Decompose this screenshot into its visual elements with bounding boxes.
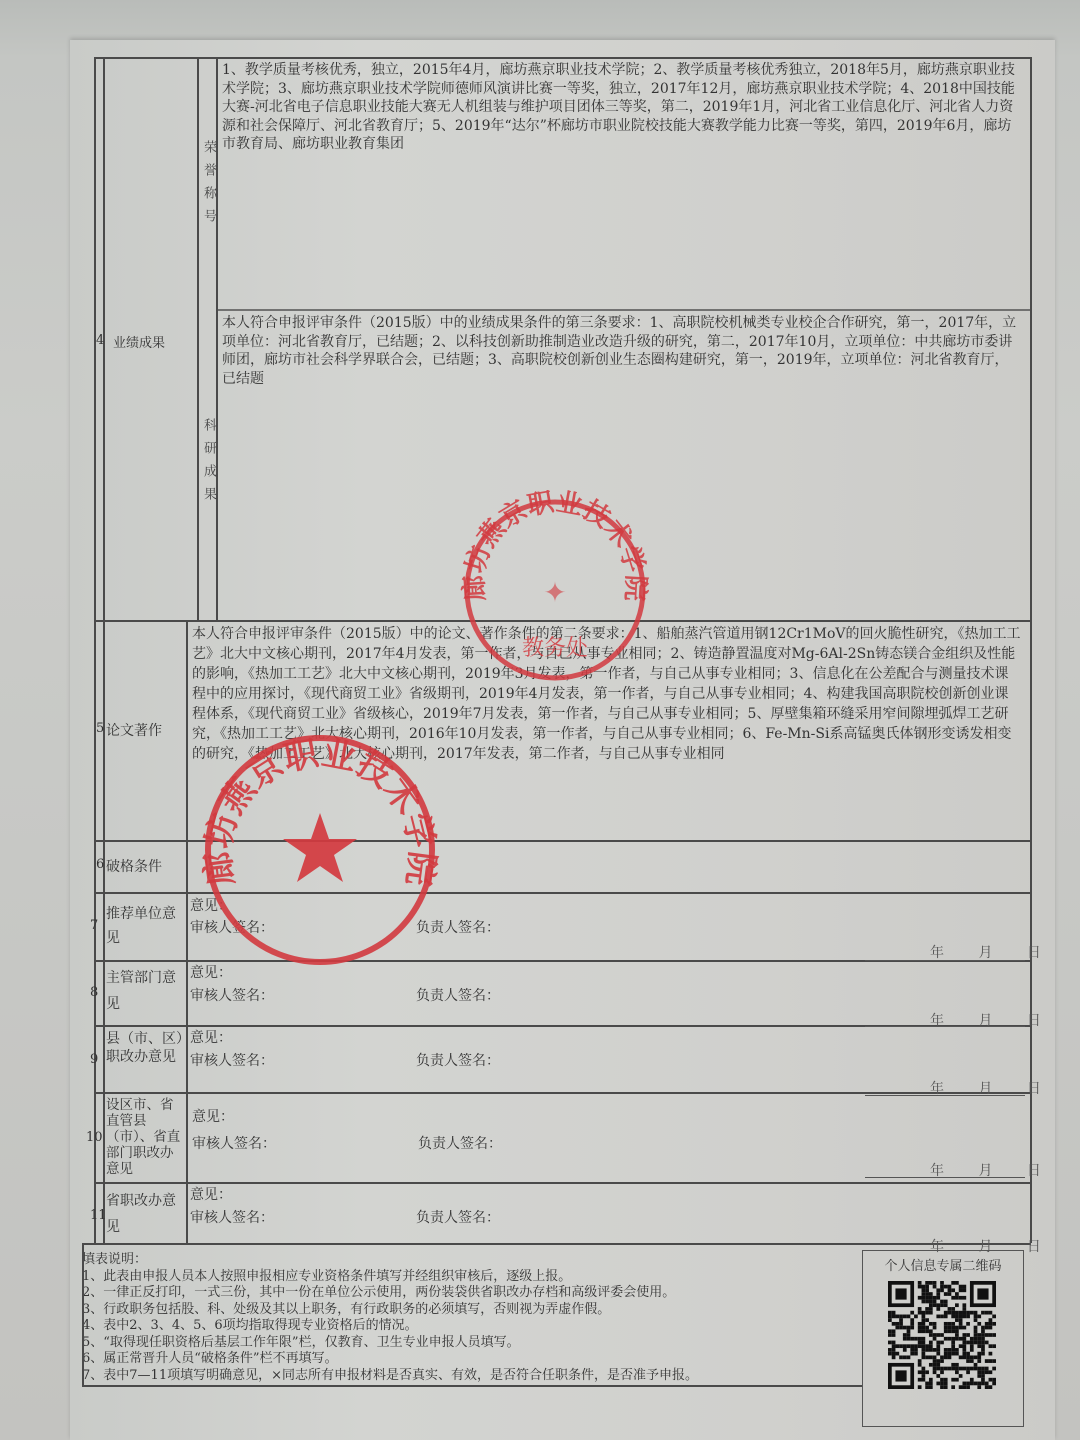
notes-title: 填表说明： bbox=[82, 1252, 862, 1269]
honors-research-divider bbox=[216, 309, 1030, 311]
note-item: 1、此表由申报人员本人按照申报相应专业资格条件填写并经组织审核后，逐级上报。 bbox=[82, 1269, 862, 1286]
note-item: 7、表中7—11项填写明确意见，×同志所有申报材料是否真实、有效，是否符合任职条… bbox=[82, 1368, 862, 1385]
qr-code-icon[interactable] bbox=[888, 1281, 996, 1389]
row6-label: 破格条件 bbox=[106, 856, 162, 876]
row7-date-field[interactable]: 年 月 日 bbox=[930, 942, 1041, 962]
row11-reviewer-signature-field[interactable]: 审核人签名： bbox=[190, 1207, 274, 1227]
honors-sublabel: 荣誉称号 bbox=[199, 140, 218, 232]
row8-leader-signature-field[interactable]: 负责人签名： bbox=[416, 985, 500, 1005]
row10-reviewer-signature-field[interactable]: 审核人签名： bbox=[192, 1133, 276, 1153]
row7-reviewer-signature-field[interactable]: 审核人签名： bbox=[190, 917, 274, 937]
notes-bottom-border bbox=[82, 1385, 862, 1387]
qr-code-title: 个人信息专属二维码 bbox=[863, 1255, 1023, 1274]
note-item: 2、一律正反打印，一式三份，其中一份在单位公示使用，两份装袋供省职改办存档和高级… bbox=[82, 1285, 862, 1302]
row10-leader-signature-field[interactable]: 负责人签名： bbox=[418, 1133, 502, 1153]
row7-leader-signature-field[interactable]: 负责人签名： bbox=[416, 917, 500, 937]
row4-bottom bbox=[94, 620, 1031, 622]
notes-left-border bbox=[82, 1243, 84, 1386]
row5-bottom bbox=[94, 840, 1031, 842]
note-item: 5、“取得现任职资格后基层工作年限”栏，仅教育、卫生专业申报人员填写。 bbox=[82, 1335, 862, 1352]
papers-content: 本人符合申报评审条件（2015版）中的论文、著作条件的第二条要求：1、船舶蒸汽管… bbox=[192, 624, 1022, 764]
row6-bottom bbox=[94, 892, 1031, 894]
row8-number: 8 bbox=[90, 985, 98, 1000]
row9-opinion-label: 意见： bbox=[190, 1027, 232, 1047]
row10-date-underline bbox=[865, 1177, 1025, 1178]
row7-label: 推荐单位意见 bbox=[106, 902, 176, 950]
row7-date-underline bbox=[865, 960, 1025, 961]
research-sublabel: 科研成果 bbox=[199, 418, 218, 510]
row9-reviewer-signature-field[interactable]: 审核人签名： bbox=[190, 1050, 274, 1070]
table-bottom-border bbox=[82, 1243, 1031, 1245]
row11-opinion-label: 意见： bbox=[190, 1184, 232, 1204]
row9-label: 县（市、区）职改办意见 bbox=[106, 1030, 184, 1066]
label-col-divider bbox=[186, 620, 188, 1243]
row4-number: 4 bbox=[96, 333, 104, 348]
row9-number: 9 bbox=[90, 1052, 98, 1067]
row8-date-field[interactable]: 年 月 日 bbox=[930, 1010, 1041, 1030]
table-right-border bbox=[1030, 57, 1032, 1243]
row8-opinion-label: 意见： bbox=[190, 962, 232, 982]
note-item: 3、行政职务包括股、科、处级及其以上职务，有行政职务的必须填写，否则视为弄虚作假… bbox=[82, 1302, 862, 1319]
row10-bottom bbox=[94, 1182, 1031, 1184]
note-item: 6、属正常晋升人员“破格条件”栏不再填写。 bbox=[82, 1351, 862, 1368]
row8-label: 主管部门意见 bbox=[106, 965, 176, 1017]
row11-label: 省职改办意见 bbox=[106, 1188, 176, 1240]
row9-leader-signature-field[interactable]: 负责人签名： bbox=[416, 1050, 500, 1070]
honors-content: 1、教学质量考核优秀，独立，2015年4月，廊坊燕京职业技术学院；2、教学质量考… bbox=[222, 61, 1022, 154]
row11-leader-signature-field[interactable]: 负责人签名： bbox=[416, 1207, 500, 1227]
row4-label: 业绩成果 bbox=[113, 332, 165, 351]
row10-number: 10 bbox=[86, 1130, 103, 1145]
row7-opinion-label: 意见： bbox=[190, 895, 232, 915]
research-content: 本人符合申报评审条件（2015版）中的业绩成果条件的第三条要求：1、高职院校机械… bbox=[222, 314, 1022, 388]
row8-date-underline bbox=[865, 1026, 1025, 1027]
row10-opinion-label: 意见： bbox=[192, 1106, 234, 1126]
qr-code-panel: 个人信息专属二维码 bbox=[862, 1250, 1024, 1427]
row6-number: 6 bbox=[96, 857, 104, 872]
note-item: 4、表中2、3、4、5、6项均指取得现专业资格后的情况。 bbox=[82, 1318, 862, 1335]
row5-label: 论文著作 bbox=[106, 720, 162, 740]
row11-number: 11 bbox=[90, 1208, 107, 1223]
row5-number: 5 bbox=[96, 721, 104, 736]
num-col-divider bbox=[103, 57, 105, 1243]
row10-label: 设区市、省直管县（市）、省直部门职改办意见 bbox=[106, 1097, 186, 1177]
table-top-border bbox=[94, 57, 1031, 59]
row9-date-underline bbox=[865, 1095, 1025, 1096]
form-notes: 填表说明： 1、此表由申报人员本人按照申报相应专业资格条件填写并经组织审核后，逐… bbox=[82, 1252, 862, 1384]
row7-number: 7 bbox=[90, 918, 98, 933]
row9-bottom bbox=[94, 1092, 1031, 1094]
row8-reviewer-signature-field[interactable]: 审核人签名： bbox=[190, 985, 274, 1005]
